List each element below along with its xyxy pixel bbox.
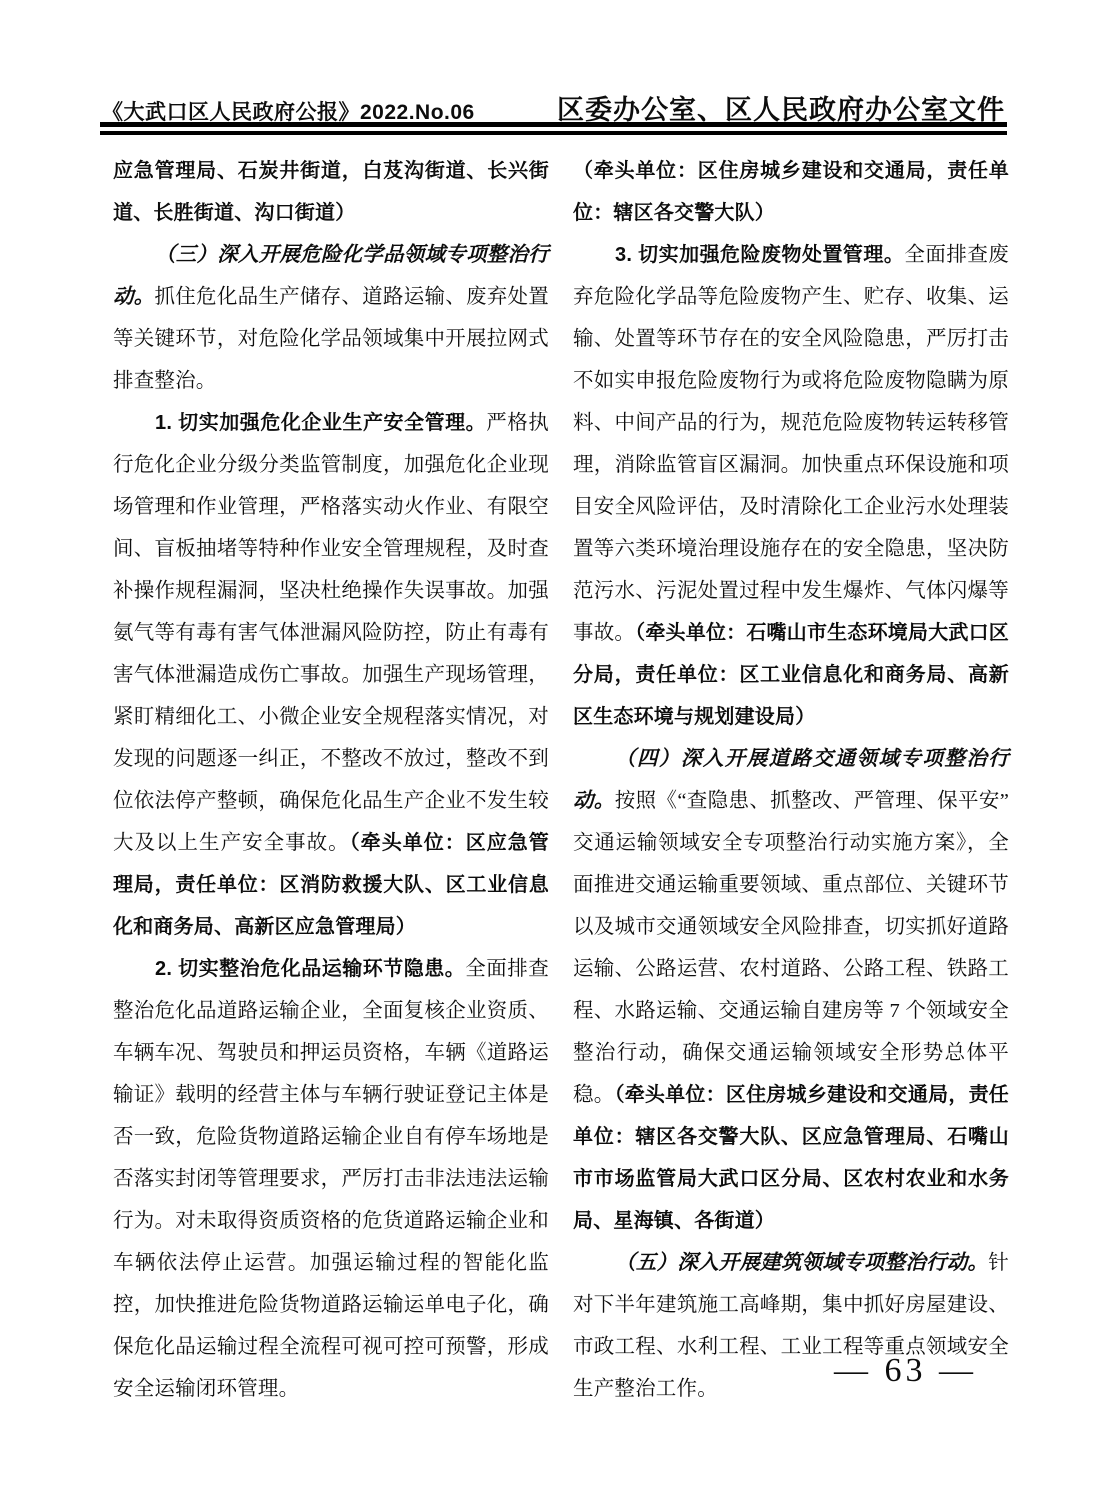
paragraph: 1. 切实加强危化企业生产安全管理。严格执行危化企业分级分类监管制度，加强危化企… (113, 402, 549, 948)
page-number: — 63 — (834, 1352, 977, 1390)
text-segment: （牵头单位：区住房城乡建设和交通局，责任单位：辖区各交警大队） (573, 160, 1009, 224)
text-segment: 2. 切实整治危化品运输环节隐患。 (155, 958, 465, 980)
left-column: 应急管理局、石炭井街道，白芨沟街道、长兴街道、长胜街道、沟口街道）（三）深入开展… (113, 150, 549, 1410)
text-segment: 按照《“查隐患、抓整改、严管理、保平安”交通运输领域安全专项整治行动实施方案》，… (573, 790, 1009, 1106)
rule-bottom-line (100, 131, 1007, 135)
paragraph: （牵头单位：区住房城乡建设和交通局，责任单位：辖区各交警大队） (573, 150, 1009, 234)
document-page: 《大武口区人民政府公报》2022.No.06 区委办公室、区人民政府办公室文件 … (0, 0, 1105, 1489)
text-segment: 全面排查整治危化品道路运输企业，全面复核企业资质、车辆车况、驾驶员和押运员资格，… (113, 958, 549, 1400)
rule-top-line (100, 122, 1007, 127)
paragraph: （三）深入开展危险化学品领域专项整治行动。抓住危化品生产储存、道路运输、废弃处置… (113, 234, 549, 402)
document-body: 应急管理局、石炭井街道，白芨沟街道、长兴街道、长胜街道、沟口街道）（三）深入开展… (113, 150, 1009, 1410)
paragraph: 2. 切实整治危化品运输环节隐患。全面排查整治危化品道路运输企业，全面复核企业资… (113, 948, 549, 1410)
text-segment: 严格执行危化企业分级分类监管制度，加强危化企业现场管理和作业管理，严格落实动火作… (113, 412, 549, 854)
text-segment: （牵头单位：石嘴山市生态环境局大武口区分局，责任单位：区工业信息化和商务局、高新… (573, 622, 1009, 728)
text-segment: 应急管理局、石炭井街道，白芨沟街道、长兴街道、长胜街道、沟口街道） (113, 160, 549, 224)
text-segment: 3. 切实加强危险废物处置管理。 (615, 244, 904, 266)
text-segment: （牵头单位：区住房城乡建设和交通局，责任单位：辖区各交警大队、区应急管理局、石嘴… (573, 1084, 1009, 1232)
paragraph: 应急管理局、石炭井街道，白芨沟街道、长兴街道、长胜街道、沟口街道） (113, 150, 549, 234)
paragraph: 3. 切实加强危险废物处置管理。全面排查废弃危险化学品等危险废物产生、贮存、收集… (573, 234, 1009, 738)
text-segment: 全面排查废弃危险化学品等危险废物产生、贮存、收集、运输、处置等环节存在的安全风险… (573, 244, 1009, 644)
paragraph: （四）深入开展道路交通领域专项整治行动。按照《“查隐患、抓整改、严管理、保平安”… (573, 738, 1009, 1242)
text-segment: 1. 切实加强危化企业生产安全管理。 (155, 412, 486, 434)
right-column: （牵头单位：区住房城乡建设和交通局，责任单位：辖区各交警大队）3. 切实加强危险… (573, 150, 1009, 1410)
text-segment: 抓住危化品生产储存、道路运输、废弃处置等关键环节，对危险化学品领域集中开展拉网式… (113, 286, 549, 392)
header-double-rule (100, 122, 1007, 135)
text-segment: （五）深入开展建筑领域专项整治行动。 (615, 1252, 988, 1274)
